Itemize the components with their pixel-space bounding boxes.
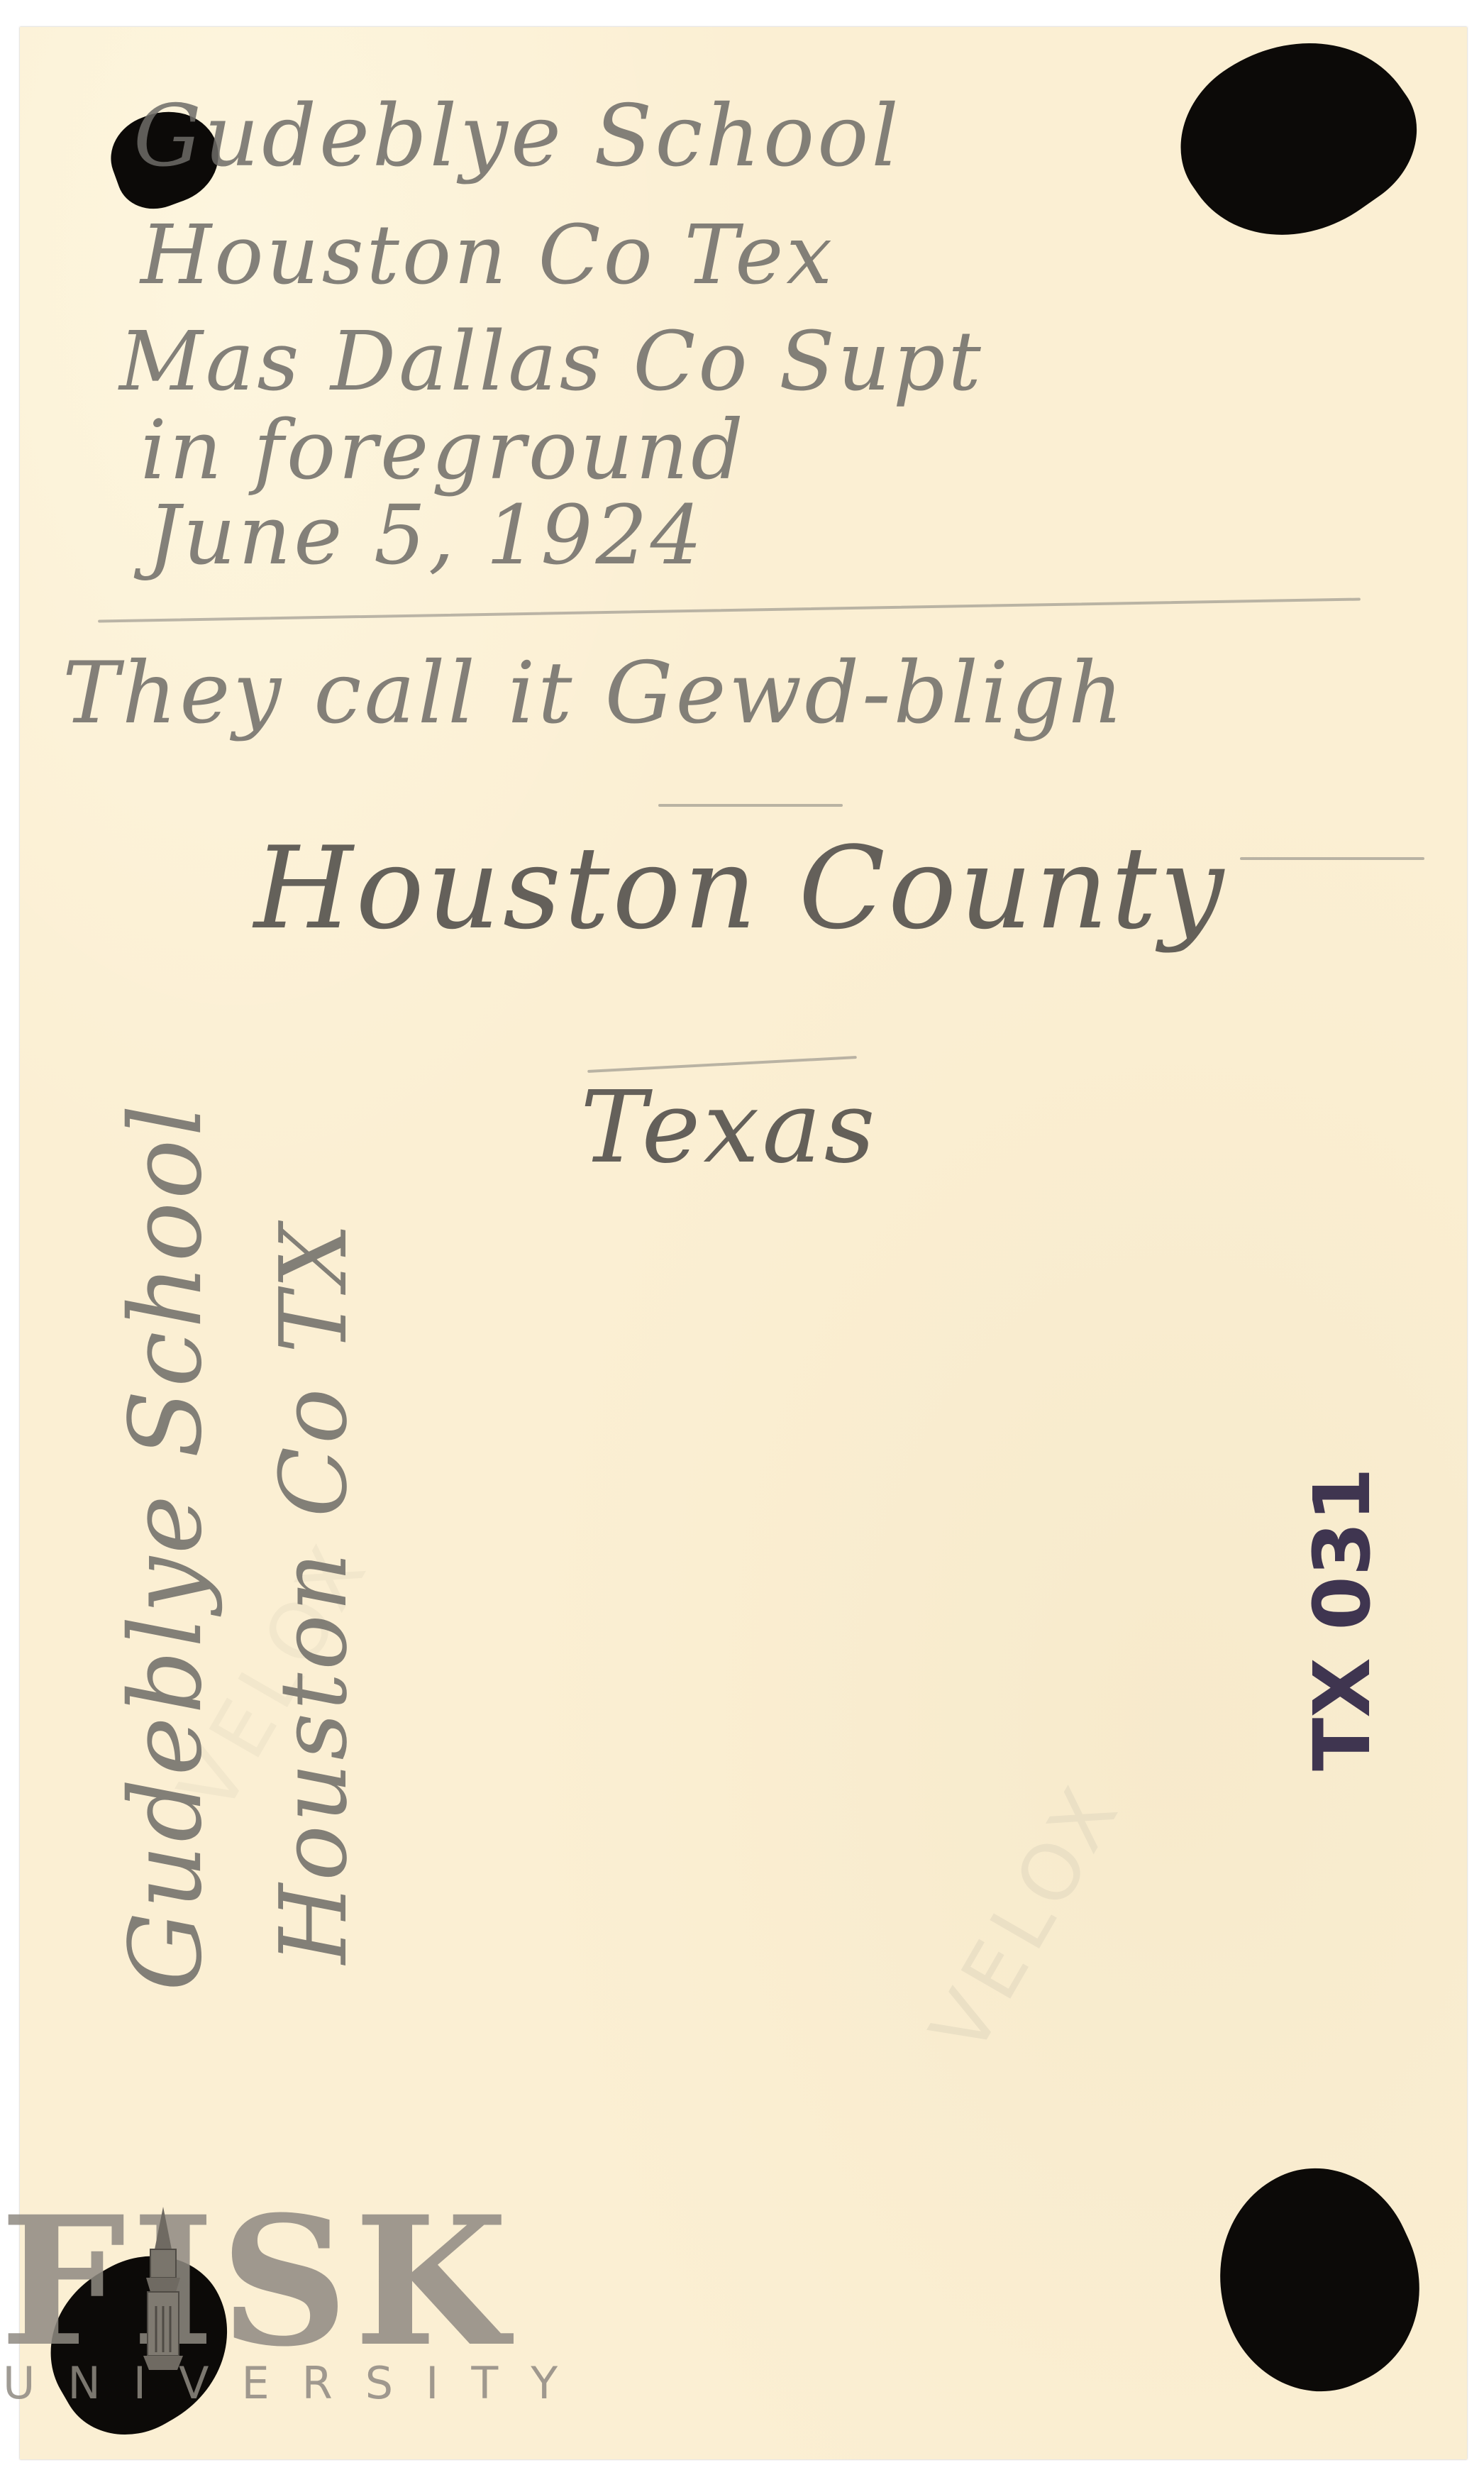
- note-line: in foreground: [140, 403, 746, 498]
- pronunciation-note: They call it Gewd-bligh: [62, 644, 1126, 743]
- velox-watermark: VELOX: [913, 1766, 1139, 2068]
- side-note-line2: Houston Co TX: [260, 1220, 367, 1964]
- note-line: Houston Co Tex: [140, 208, 835, 303]
- logo-subtitle: UNIVERSITY: [3, 2357, 590, 2409]
- photo-card-verso: VELOX VELOX Gudeblye School Houston Co T…: [20, 27, 1467, 2459]
- bell-tower-icon: [135, 2207, 192, 2370]
- county-note-line2: Texas: [580, 1070, 878, 1186]
- underline-mark: [1240, 857, 1424, 860]
- logo-wordmark: FISK: [0, 2193, 514, 2370]
- county-note-line1: Houston County: [254, 822, 1226, 954]
- fisk-university-logo: FISK UNIVERSITY: [0, 2193, 497, 2405]
- adhesive-residue-bottom-right: [1182, 2138, 1455, 2421]
- side-note-line1: Gudeblye School: [109, 1102, 224, 1991]
- note-line: June 5, 1924: [148, 488, 705, 583]
- divider-line: [98, 597, 1361, 622]
- note-line: Gudeblye School: [133, 87, 902, 186]
- adhesive-residue-top-right: [1149, 0, 1445, 280]
- catalog-number: TX 031: [1297, 1467, 1388, 1771]
- underline-mark: [658, 804, 843, 807]
- note-line: Mas Dallas Co Supt: [119, 314, 984, 409]
